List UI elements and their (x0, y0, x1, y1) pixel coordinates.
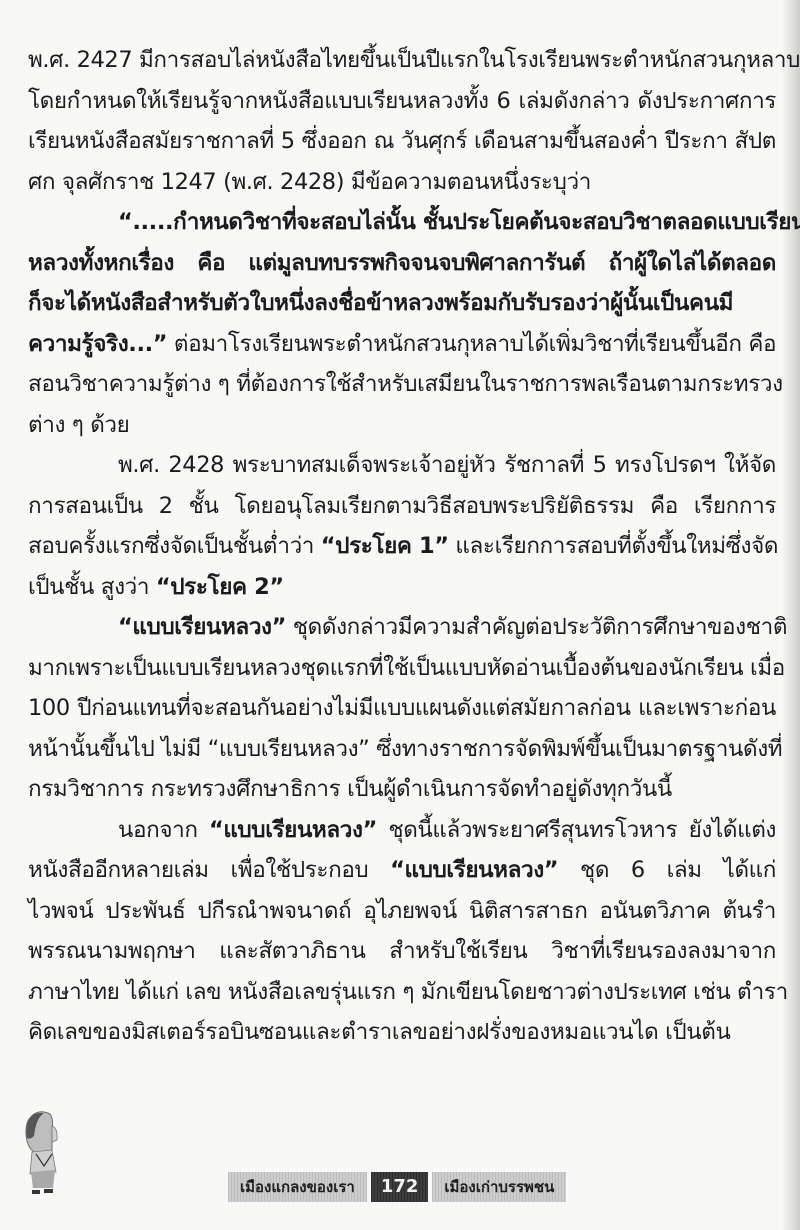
text-line: มากเพราะเป็นแบบเรียนหลวงชุดแรกที่ใช้เป็น… (28, 648, 776, 689)
text-line: สอนวิชาความรู้ต่าง ๆ ที่ต้องการใช้สำหรับ… (28, 364, 776, 405)
body-text: พ.ศ. 2427 มีการสอบไล่หนังสือไทยขึ้นเป็นป… (28, 40, 776, 1053)
text-line: ศก จุลศักราช 1247 (พ.ศ. 2428) มีข้อความต… (28, 162, 776, 203)
quote-line: “.....กำหนดวิชาที่จะสอบไล่นั้น ชั้นประโย… (28, 202, 776, 243)
text-line: “แบบเรียนหลวง” ชุดดังกล่าวมีความสำคัญต่อ… (28, 607, 776, 648)
text-line: พรรณนามพฤกษา และสัตวาภิธาน สำหรับใช้เรีย… (28, 931, 776, 972)
emphasis: “แบบเรียนหลวง” (209, 817, 377, 843)
text-line: การสอนเป็น 2 ชั้น โดยอนุโลมเรียกตามวิธีส… (28, 486, 776, 527)
text-line: สอบครั้งแรกซึ่งจัดเป็นชั้นต่ำว่า “ประโยค… (28, 526, 776, 567)
quote-line: หลวงทั้งหกเรื่อง คือ แต่มูลบทบรรพกิจจนจบ… (28, 243, 776, 284)
text-line: ภาษาไทย ได้แก่ เลข หนังสือเลขรุ่นแรก ๆ ม… (28, 972, 776, 1013)
text-line: ต่าง ๆ ด้วย (28, 405, 776, 446)
footer-book-title-left: เมืองแกลงของเรา (228, 1172, 367, 1202)
text-line: พ.ศ. 2427 มีการสอบไล่หนังสือไทยขึ้นเป็นป… (28, 40, 776, 81)
footer-bar: เมืองแกลงของเรา 172 เมืองเก่าบรรพชน (228, 1172, 566, 1202)
text-line: นอกจาก “แบบเรียนหลวง” ชุดนี้แล้วพระยาศรี… (28, 810, 776, 851)
text-line: 100 ปีก่อนแทนที่จะสอนกันอย่างไม่มีแบบแผน… (28, 688, 776, 729)
text-line: พ.ศ. 2428 พระบาทสมเด็จพระเจ้าอยู่หัว รัช… (28, 445, 776, 486)
footer-book-title-right: เมืองเก่าบรรพชน (432, 1172, 566, 1202)
text-line: กรมวิชาการ กระทรวงศึกษาธิการ เป็นผู้ดำเน… (28, 769, 776, 810)
text-line: เป็นชั้น สูงว่า “ประโยค 2” (28, 567, 776, 608)
cartoon-character-icon (22, 1110, 62, 1202)
emphasis: “แบบเรียนหลวง” (118, 614, 286, 640)
text-line: โดยกำหนดให้เรียนรู้จากหนังสือแบบเรียนหลว… (28, 81, 776, 122)
text-line: หนังสืออีกหลายเล่ม เพื่อใช้ประกอบ “แบบเร… (28, 850, 776, 891)
emphasis: “ประโยค 1” (321, 533, 449, 559)
page-footer (0, 1100, 800, 1230)
emphasis: “แบบเรียนหลวง” (390, 857, 558, 883)
text-line: ความรู้จริง...” ต่อมาโรงเรียนพระตำหนักสว… (28, 324, 776, 365)
quote-end: ความรู้จริง...” (28, 331, 167, 357)
text-line: เรียนหนังสือสมัยราชกาลที่ 5 ซึ่งออก ณ วั… (28, 121, 776, 162)
text-line: หน้านั้นขึ้นไป ไม่มี “แบบเรียนหลวง” ซึ่ง… (28, 729, 776, 770)
quote-line: ก็จะได้หนังสือสำหรับตัวใบหนึ่งลงชื่อข้าห… (28, 283, 776, 324)
text-line: คิดเลขของมิสเตอร์รอบินซอนและตำราเลขอย่าง… (28, 1012, 776, 1053)
emphasis: “ประโยค 2” (156, 574, 284, 600)
book-page: พ.ศ. 2427 มีการสอบไล่หนังสือไทยขึ้นเป็นป… (0, 0, 800, 1230)
page-number: 172 (371, 1172, 429, 1202)
text-line: ไวพจน์ ประพันธ์ ปกีรณำพจนาดถ์ อุไภยพจน์ … (28, 891, 776, 932)
